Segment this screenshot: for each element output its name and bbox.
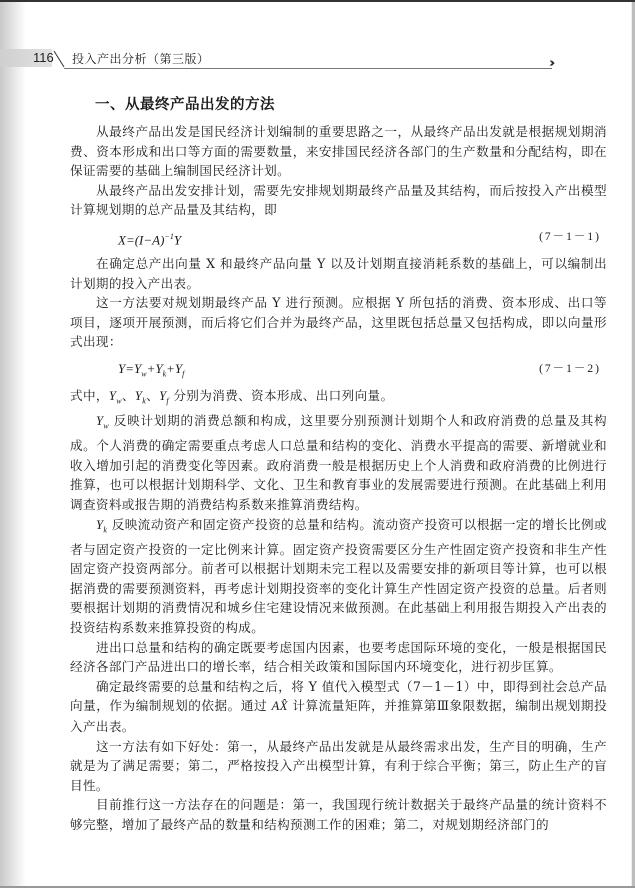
paragraph-text: 反映流动资产和固定资产投资的总量和结构。流动资产投资可以根据一定的增长比例或者与… (70, 517, 607, 635)
paragraph: 目前推行这一方法存在的问题是：第一，我国现行统计数据关于最终产品量的统计资料不够… (70, 795, 607, 834)
header-rule (64, 68, 552, 69)
paragraph-text: 反映计划期的消费总额和构成，这里要分别预测计划期个人和政府消费的总量及其构成。个… (70, 413, 607, 512)
header-slash-decoration (52, 48, 66, 68)
definition-text: 分别为消费、资本形成、出口列向量。 (173, 388, 393, 403)
paragraph: 进出口总量和结构的确定既要考虑国内因素，也要考虑国际环境的变化，一般是根据国民经… (70, 638, 607, 677)
equation-number: (7－1－2) (539, 352, 601, 386)
math-ax-hat: AX̂ (272, 699, 288, 713)
paragraph: 这一方法有如下好处：第一，从最终产品出发就是从最终需求出发，生产目的明确，生产就… (70, 737, 607, 796)
page-body: 一、从最终产品出发的方法 从最终产品出发是国民经济计划编制的重要思路之一，从最终… (70, 94, 607, 835)
equation-formula: X=(I−A)−1Y (118, 220, 181, 257)
top-border (0, 0, 635, 2)
page-right-edge (631, 2, 635, 886)
definition-prefix: 式中， (70, 388, 109, 403)
paragraph-final-demand: 确定最终需要的总量和结构之后，将 Y 值代入模型式（7－1－1）中，即得到社会总… (70, 677, 607, 737)
equation-7-1-1: X=(I−A)−1Y (7－1－1) (70, 220, 607, 254)
equation-7-1-2: Y=Yw+Yk+Yf (7－1－2) (70, 352, 607, 386)
double-chevron-right-icon: ›› (549, 56, 551, 71)
section-heading: 一、从最终产品出发的方法 (95, 94, 607, 122)
paragraph: 从最终产品出发安排计划，需要先安排规划期最终产品量及其结构，而后按投入产出模型计… (70, 181, 607, 220)
equation-formula: Y=Yw+Yk+Yf (118, 352, 184, 392)
paragraph: 从最终产品出发是国民经济计划编制的重要思路之一，从最终产品出发就是根据规划期消费… (70, 122, 607, 181)
book-title: 投入产出分析（第三版） (72, 50, 210, 67)
equation-number: (7－1－1) (539, 220, 601, 254)
running-header: 116 投入产出分析（第三版） ›› (0, 49, 560, 69)
page-number: 116 (33, 50, 54, 65)
page-gutter-shadow (0, 2, 26, 886)
paragraph-yw: Yw 反映计划期的消费总额和构成，这里要分别预测计划期个人和政府消费的总量及其构… (70, 411, 607, 514)
paragraph-yk: Yk 反映流动资产和固定资产投资的总量和结构。流动资产投资可以根据一定的增长比例… (70, 515, 607, 638)
paragraph: 在确定总产出向量 X 和最终产品向量 Y 以及计划期直接消耗系数的基础上，可以编… (70, 254, 607, 293)
paragraph: 这一方法要对规划期最终产品 Y 进行预测。应根据 Y 所包括的消费、资本形成、出… (70, 293, 607, 352)
